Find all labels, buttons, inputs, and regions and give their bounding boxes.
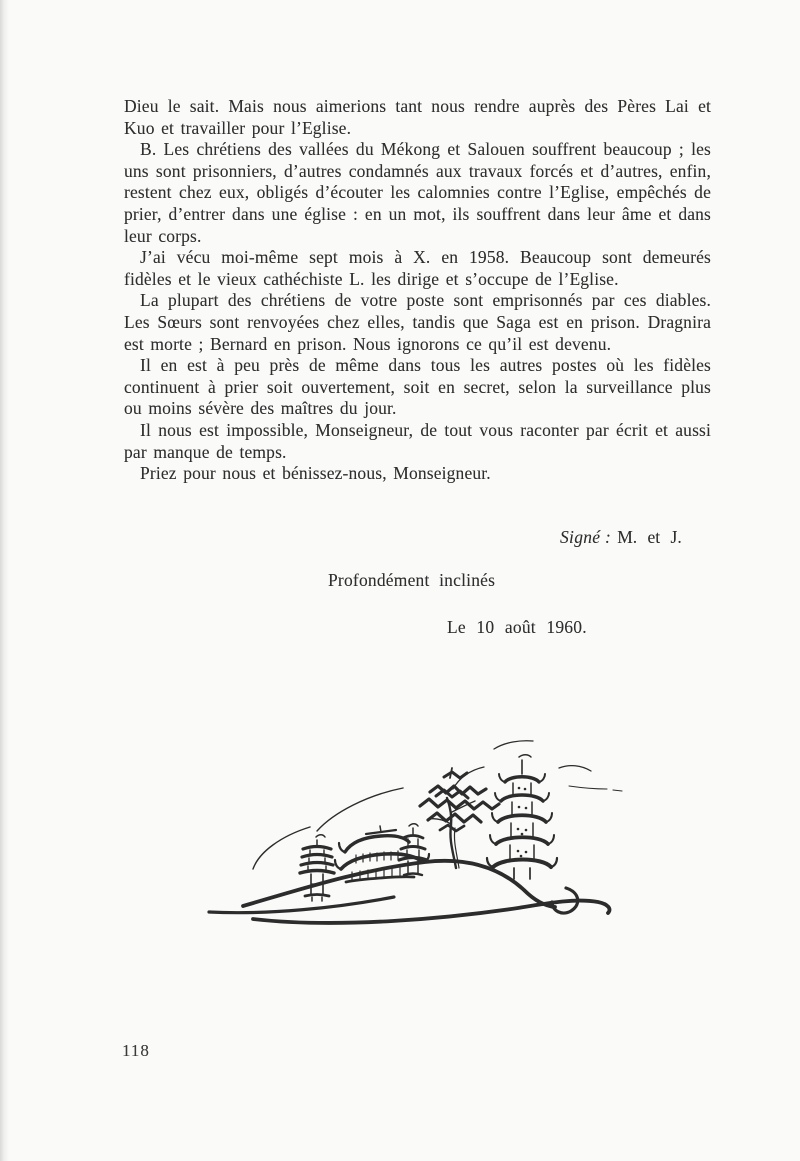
paragraph-5: Il en est à peu près de même dans tous l…	[124, 355, 711, 420]
closing-line-1: Profondément inclinés	[328, 570, 495, 591]
scan-edge-shadow	[0, 0, 9, 1161]
paragraph-6: Il nous est impossible, Monseigneur, de …	[124, 420, 711, 463]
paragraph-2: B. Les chrétiens des vallées du Mékong e…	[124, 139, 711, 247]
paragraph-7: Priez pour nous et bénissez-nous, Monsei…	[124, 463, 711, 485]
page-number: 118	[122, 1041, 150, 1061]
hill-brush-strokes	[209, 861, 610, 923]
book-page: Dieu le sait. Mais nous aimerions tant n…	[0, 0, 800, 1161]
paragraph-4: La plupart des chrétiens de votre poste …	[124, 290, 711, 355]
signature-lead: Signé :	[560, 527, 611, 547]
hill-pagodas-illustration	[185, 733, 645, 933]
signature-line: Signé :M. et J.	[560, 527, 682, 548]
left-pagoda	[300, 835, 334, 901]
paragraph-3: J’ai vécu moi-même sept mois à X. en 195…	[124, 247, 711, 290]
paragraph-1: Dieu le sait. Mais nous aimerions tant n…	[124, 96, 711, 139]
pine-tree	[420, 768, 499, 868]
body-text: Dieu le sait. Mais nous aimerions tant n…	[124, 96, 711, 485]
closing-line-2: Le 10 août 1960.	[447, 617, 587, 638]
signature-names: M. et J.	[611, 527, 682, 547]
temple	[335, 824, 429, 882]
right-pagoda	[487, 755, 557, 879]
